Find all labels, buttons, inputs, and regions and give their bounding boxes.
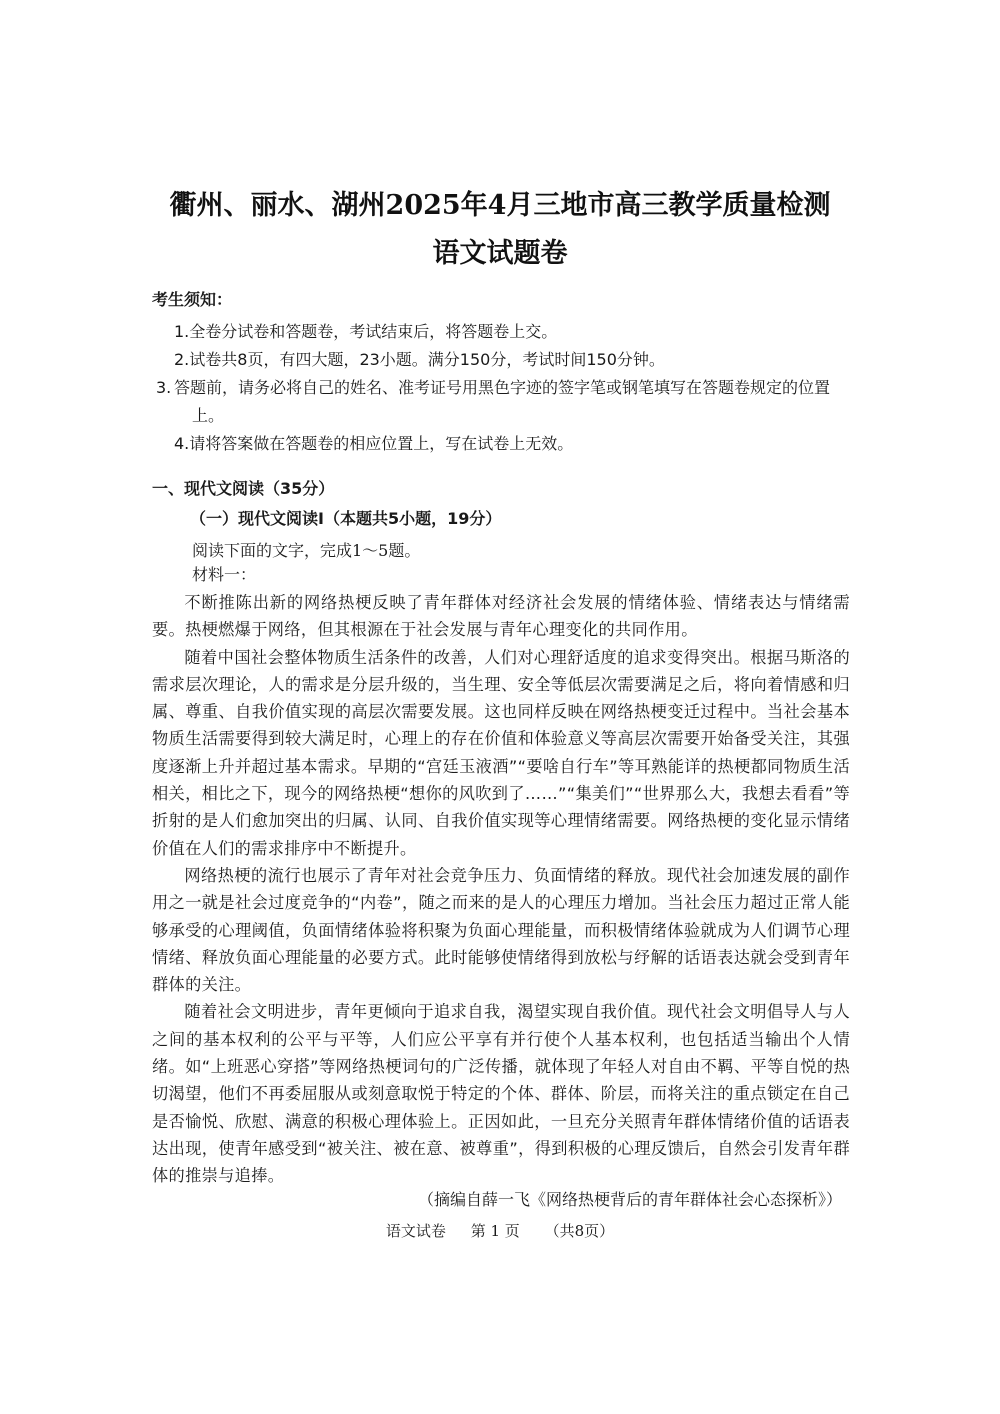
notice-item-number: 1. — [174, 318, 189, 346]
notice-list: 1.全卷分试卷和答题卷，考试结束后，将答题卷上交。 2.试卷共8页，有四大题，2… — [174, 318, 854, 458]
notice-item-text: 全卷分试卷和答题卷，考试结束后，将答题卷上交。 — [189, 322, 557, 341]
notice-item-number: 2. — [174, 346, 189, 374]
reading-passage: 不断推陈出新的网络热梗反映了青年群体对经济社会发展的情绪体验、情绪表达与情绪需要… — [152, 589, 850, 1190]
subsection-heading: （一）现代文阅读Ⅰ（本题共5小题，19分） — [190, 506, 501, 532]
notice-item-text: 请将答案做在答题卷的相应位置上，写在试卷上无效。 — [189, 434, 573, 453]
notice-item: 1.全卷分试卷和答题卷，考试结束后，将答题卷上交。 — [174, 318, 854, 346]
footer-page-number: 第 1 页 — [471, 1219, 520, 1243]
notice-item-text: 答题前，请务必将自己的姓名、准考证号用黑色字迹的签字笔或钢笔填写在答题卷规定的位… — [174, 378, 830, 425]
passage-paragraph: 网络热梗的流行也展示了青年对社会竞争压力、负面情绪的释放。现代社会加速发展的副作… — [152, 862, 850, 998]
exam-page: 衢州、丽水、湖州2025年4月三地市高三教学质量检测 语文试题卷 考生须知： 1… — [0, 0, 1000, 1414]
notice-item-text: 试卷共8页，有四大题，23小题。满分150分，考试时间150分钟。 — [189, 350, 665, 369]
document-subtitle: 语文试题卷 — [0, 236, 1000, 272]
document-title: 衢州、丽水、湖州2025年4月三地市高三教学质量检测 — [0, 188, 1000, 224]
reading-instruction: 阅读下面的文字，完成1～5题。 — [192, 538, 420, 564]
footer-subject: 语文试卷 — [386, 1219, 446, 1243]
notice-heading: 考生须知： — [152, 288, 232, 312]
footer-total-pages: （共8页） — [545, 1219, 615, 1243]
material-label: 材料一： — [192, 562, 256, 588]
section-heading: 一、现代文阅读（35分） — [152, 476, 334, 502]
notice-item: 4.请将答案做在答题卷的相应位置上，写在试卷上无效。 — [174, 430, 854, 458]
notice-item: 3.答题前，请务必将自己的姓名、准考证号用黑色字迹的签字笔或钢笔填写在答题卷规定… — [174, 374, 854, 430]
notice-item-number: 4. — [174, 430, 189, 458]
passage-paragraph: 随着社会文明进步，青年更倾向于追求自我，渴望实现自我价值。现代社会文明倡导人与人… — [152, 998, 850, 1189]
passage-source: （摘编自薛一飞《网络热梗背后的青年群体社会心态探析》） — [0, 1188, 842, 1212]
passage-paragraph: 不断推陈出新的网络热梗反映了青年群体对经济社会发展的情绪体验、情绪表达与情绪需要… — [152, 589, 850, 644]
notice-item: 2.试卷共8页，有四大题，23小题。满分150分，考试时间150分钟。 — [174, 346, 854, 374]
page-footer: 语文试卷 第 1 页 （共8页） — [0, 1219, 1000, 1243]
passage-paragraph: 随着中国社会整体物质生活条件的改善，人们对心理舒适度的追求变得突出。根据马斯洛的… — [152, 644, 850, 862]
